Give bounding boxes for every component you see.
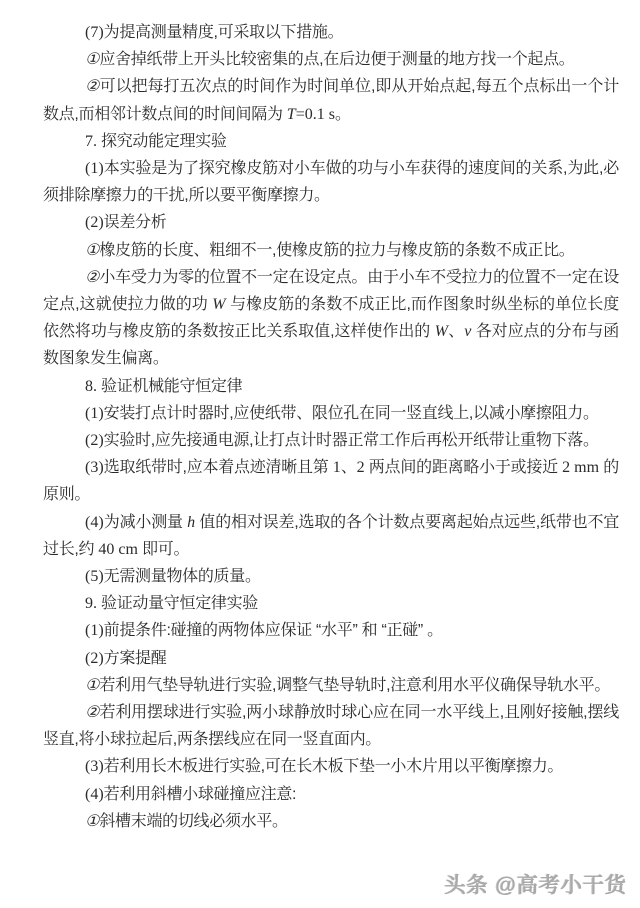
numeral: 40 cm: [98, 541, 138, 558]
watermark: 头条 @高考小干货: [445, 869, 627, 899]
paragraph: (4)若利用斜槽小球碰撞应注意:: [43, 781, 619, 808]
circled-number: ①: [85, 51, 99, 68]
text-run: 若利用摆球进行实验,两小球静放时球心应在同一水平线上,且刚好接触,摆线竖直,将小…: [43, 704, 619, 748]
text-run: 即可。: [138, 541, 189, 558]
numeral: 2: [357, 459, 365, 476]
paragraph: ②可以把每打五次点的时间作为时间单位,即从开始点起,每五个点标出一个计数点,而相…: [43, 73, 619, 127]
paragraph: 7. 探究动能定理实验: [43, 128, 619, 155]
text-run: 为减小测量: [104, 514, 187, 531]
circled-number: ②: [85, 269, 99, 286]
paragraph: (5)无需测量物体的质量。: [43, 563, 619, 590]
text-run: 若利用长木板进行实验,可在长木板下垫一小木片用以平衡摩擦力。: [104, 758, 563, 775]
paragraph: (2)误差分析: [43, 209, 619, 236]
numeral: (1): [85, 622, 104, 639]
numeral: (7): [85, 24, 104, 41]
text-run: 误差分析: [104, 214, 167, 231]
paragraph: (4)为减小测量 h 值的相对误差,选取的各个计数点要离起始点远些,纸带也不宜过…: [43, 509, 619, 563]
circled-number: ①: [85, 813, 99, 830]
math-variable: W: [435, 323, 448, 340]
paragraph: 8. 验证机械能守恒定律: [43, 373, 619, 400]
paragraph: (3)若利用长木板进行实验,可在长木板下垫一小木片用以平衡摩擦力。: [43, 753, 619, 780]
circled-number: ①: [85, 242, 99, 259]
text-run: 。: [335, 106, 351, 123]
circled-number: ②: [85, 704, 99, 721]
text-run: 两点间的距离略小于或接近: [365, 459, 563, 476]
circled-number: ②: [85, 78, 100, 95]
numeral: 1: [333, 459, 341, 476]
text-run: 实验时,应先接通电源,让打点计时器正常工作后再松开纸带让重物下落。: [104, 432, 599, 449]
text-run: 、: [448, 323, 464, 340]
paragraph: ①若利用气垫导轨进行实验,调整气垫导轨时,注意利用水平仪确保导轨水平。: [43, 672, 619, 699]
numeral: =0.1 s: [296, 106, 335, 123]
numeral: 9.: [85, 595, 101, 612]
text-run: 验证动量守恒定律实验: [101, 595, 258, 612]
paragraph: (2)方案提醒: [43, 645, 619, 672]
numeral: (2): [85, 214, 104, 231]
paragraph: ①应舍掉纸带上开头比较密集的点,在后边便于测量的地方找一个起点。: [43, 46, 619, 73]
text-run: 探究动能定理实验: [101, 133, 227, 150]
paragraph: 9. 验证动量守恒定律实验: [43, 590, 619, 617]
document-body: (7)为提高测量精度,可采取以下措施。①应舍掉纸带上开头比较密集的点,在后边便于…: [43, 19, 619, 835]
numeral: (5): [85, 568, 104, 585]
numeral: 8.: [85, 378, 101, 395]
numeral: (1): [85, 160, 104, 177]
text-run: 选取纸带时,应本着点迹清晰且第: [104, 459, 333, 476]
text-run: 斜槽末端的切线必须水平。: [99, 813, 287, 830]
numeral: (4): [85, 786, 104, 803]
paragraph: (1)安装打点计时器时,应使纸带、限位孔在同一竖直线上,以减小摩擦阻力。: [43, 400, 619, 427]
paragraph: (1)本实验是为了探究橡皮筋对小车做的功与小车获得的速度间的关系,为此,必须排除…: [43, 155, 619, 209]
text-run: 应舍掉纸带上开头比较密集的点,在后边便于测量的地方找一个起点。: [99, 51, 574, 68]
paragraph: ①橡皮筋的长度、粗细不一,使橡皮筋的拉力与橡皮筋的条数不成正比。: [43, 237, 619, 264]
text-run: 前提条件:碰撞的两物体应保证 “水平” 和 “正碰” 。: [104, 622, 443, 639]
paragraph: (3)选取纸带时,应本着点迹清晰且第 1、2 两点间的距离略小于或接近 2 mm…: [43, 454, 619, 508]
numeral: (4): [85, 514, 104, 531]
numeral: 7.: [85, 133, 101, 150]
numeral: (2): [85, 432, 104, 449]
numeral: 2 mm: [562, 459, 599, 476]
paragraph: (7)为提高测量精度,可采取以下措施。: [43, 19, 619, 46]
paragraph: ②若利用摆球进行实验,两小球静放时球心应在同一水平线上,且刚好接触,摆线竖直,将…: [43, 699, 619, 753]
text-run: 若利用斜槽小球碰撞应注意:: [104, 786, 297, 803]
text-run: 橡皮筋的长度、粗细不一,使橡皮筋的拉力与橡皮筋的条数不成正比。: [99, 242, 574, 259]
text-run: 无需测量物体的质量。: [104, 568, 261, 585]
paragraph: (1)前提条件:碰撞的两物体应保证 “水平” 和 “正碰” 。: [43, 617, 619, 644]
text-run: 安装打点计时器时,应使纸带、限位孔在同一竖直线上,以减小摩擦阻力。: [104, 405, 599, 422]
numeral: (3): [85, 758, 104, 775]
document-page: (7)为提高测量精度,可采取以下措施。①应舍掉纸带上开头比较密集的点,在后边便于…: [0, 0, 640, 908]
text-run: 验证机械能守恒定律: [101, 378, 242, 395]
numeral: (1): [85, 405, 104, 422]
text-run: 本实验是为了探究橡皮筋对小车做的功与小车获得的速度间的关系,为此,必须排除摩擦力…: [43, 160, 619, 204]
math-variable: W: [212, 296, 225, 313]
paragraph: ①斜槽末端的切线必须水平。: [43, 808, 619, 835]
text-run: 若利用气垫导轨进行实验,调整气垫导轨时,注意利用水平仪确保导轨水平。: [99, 677, 610, 694]
numeral: (2): [85, 650, 104, 667]
math-variable: h: [187, 514, 195, 531]
math-variable: T: [287, 106, 296, 123]
circled-number: ①: [85, 677, 99, 694]
text-run: 为提高测量精度,可采取以下措施。: [104, 24, 344, 41]
watermark-text: 头条 @高考小干货: [445, 874, 627, 897]
numeral: (3): [85, 459, 104, 476]
paragraph: (2)实验时,应先接通电源,让打点计时器正常工作后再松开纸带让重物下落。: [43, 427, 619, 454]
text-run: 方案提醒: [104, 650, 167, 667]
text-run: 、: [341, 459, 357, 476]
paragraph: ②小车受力为零的位置不一定在设定点。由于小车不受拉力的位置不一定在设定点,这就使…: [43, 264, 619, 373]
